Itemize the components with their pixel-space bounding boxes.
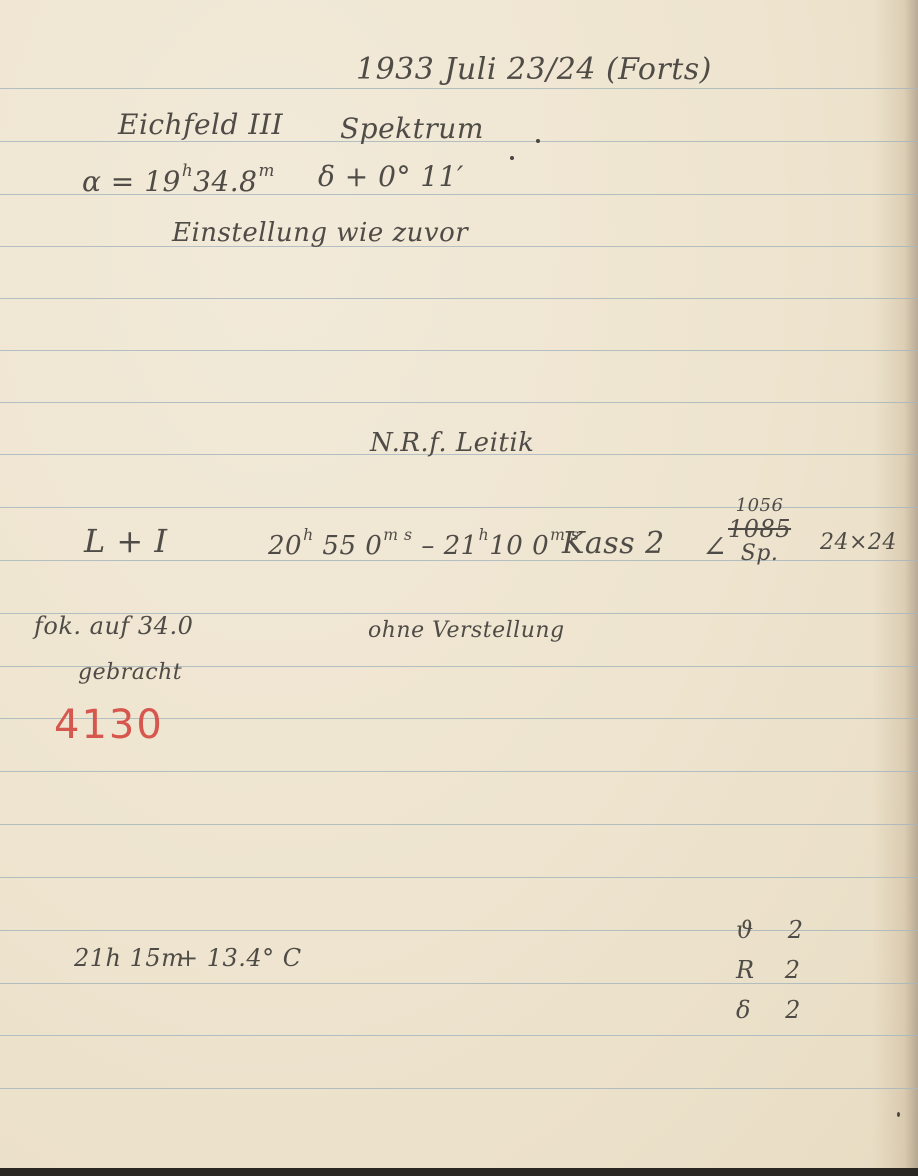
rating-symbol: δ (736, 996, 751, 1024)
field-name: Eichfeld III (118, 108, 283, 141)
alpha-label: α = (82, 165, 135, 198)
reading-time: 21h 15m (74, 944, 184, 972)
alpha-hours-unit: h (182, 160, 193, 180)
angle-sub: Sp. (741, 542, 779, 566)
object-designation: L + I (84, 522, 168, 560)
page-edge-shadow (0, 1168, 918, 1176)
rule-line (0, 350, 918, 351)
rating-row: R 2 (736, 956, 801, 984)
alpha-minutes: 34.8 (193, 165, 257, 198)
ink-dot (536, 139, 540, 143)
exposure-time-range: 20h 55 0m s – 21h10 0m s (268, 526, 579, 561)
rule-line (0, 824, 918, 825)
focus-note-line2: gebracht (78, 660, 182, 685)
end-hours: 21 (444, 531, 478, 561)
rating-symbol: R (736, 956, 755, 984)
rating-row: ϑ 2 (736, 916, 804, 944)
range-dash: – (421, 531, 435, 561)
temperature: + 13.4° C (178, 944, 302, 972)
start-hours: 20 (268, 531, 302, 561)
rating-value: 2 (788, 916, 804, 944)
rule-line (0, 1088, 918, 1089)
rule-line (0, 771, 918, 772)
rule-line (0, 402, 918, 403)
rule-line (0, 877, 918, 878)
setting-note-2: ohne Verstellung (368, 618, 565, 643)
alpha-hours: 19 (144, 165, 181, 198)
cassette-number: Kass 2 (562, 526, 665, 561)
start-min-sec: 55 0 (322, 531, 382, 561)
delta-value: + 0° 11′ (345, 160, 464, 193)
setting-note: Einstellung wie zuvor (172, 218, 468, 248)
rule-line (0, 1035, 918, 1036)
notebook-page: 1933 Juli 23/24 (Forts) Eichfeld III Spe… (0, 0, 918, 1168)
alpha-minutes-unit: m (258, 160, 274, 180)
page-date-heading: 1933 Juli 23/24 (Forts) (356, 52, 712, 87)
plate-size: 24×24 (820, 530, 897, 555)
section-heading: N.R.f. Leitik (370, 428, 534, 458)
end-min-sec: 10 0 (489, 531, 549, 561)
plate-number: 4130 (54, 702, 164, 748)
rule-line (0, 88, 918, 89)
observation-type: Spektrum (340, 112, 484, 145)
angle-symbol: ∠ (702, 530, 728, 565)
ink-dot (897, 1112, 900, 1117)
rating-value: 2 (785, 996, 801, 1024)
right-ascension: α = 19h34.8m (82, 160, 275, 198)
delta-label: δ (318, 160, 335, 193)
rating-symbol: ϑ (736, 916, 754, 944)
focus-note-line1: fok. auf 34.0 (34, 612, 193, 640)
rating-row: δ 2 (736, 996, 801, 1024)
angle-value-stack: 1056 1085 Sp. (728, 496, 791, 566)
angle-corrected: 1056 (736, 496, 784, 516)
rating-value: 2 (785, 956, 801, 984)
ink-dot (510, 156, 514, 160)
rule-line (0, 298, 918, 299)
angle-struck: 1085 (728, 516, 791, 542)
declination: δ + 0° 11′ (318, 160, 464, 193)
